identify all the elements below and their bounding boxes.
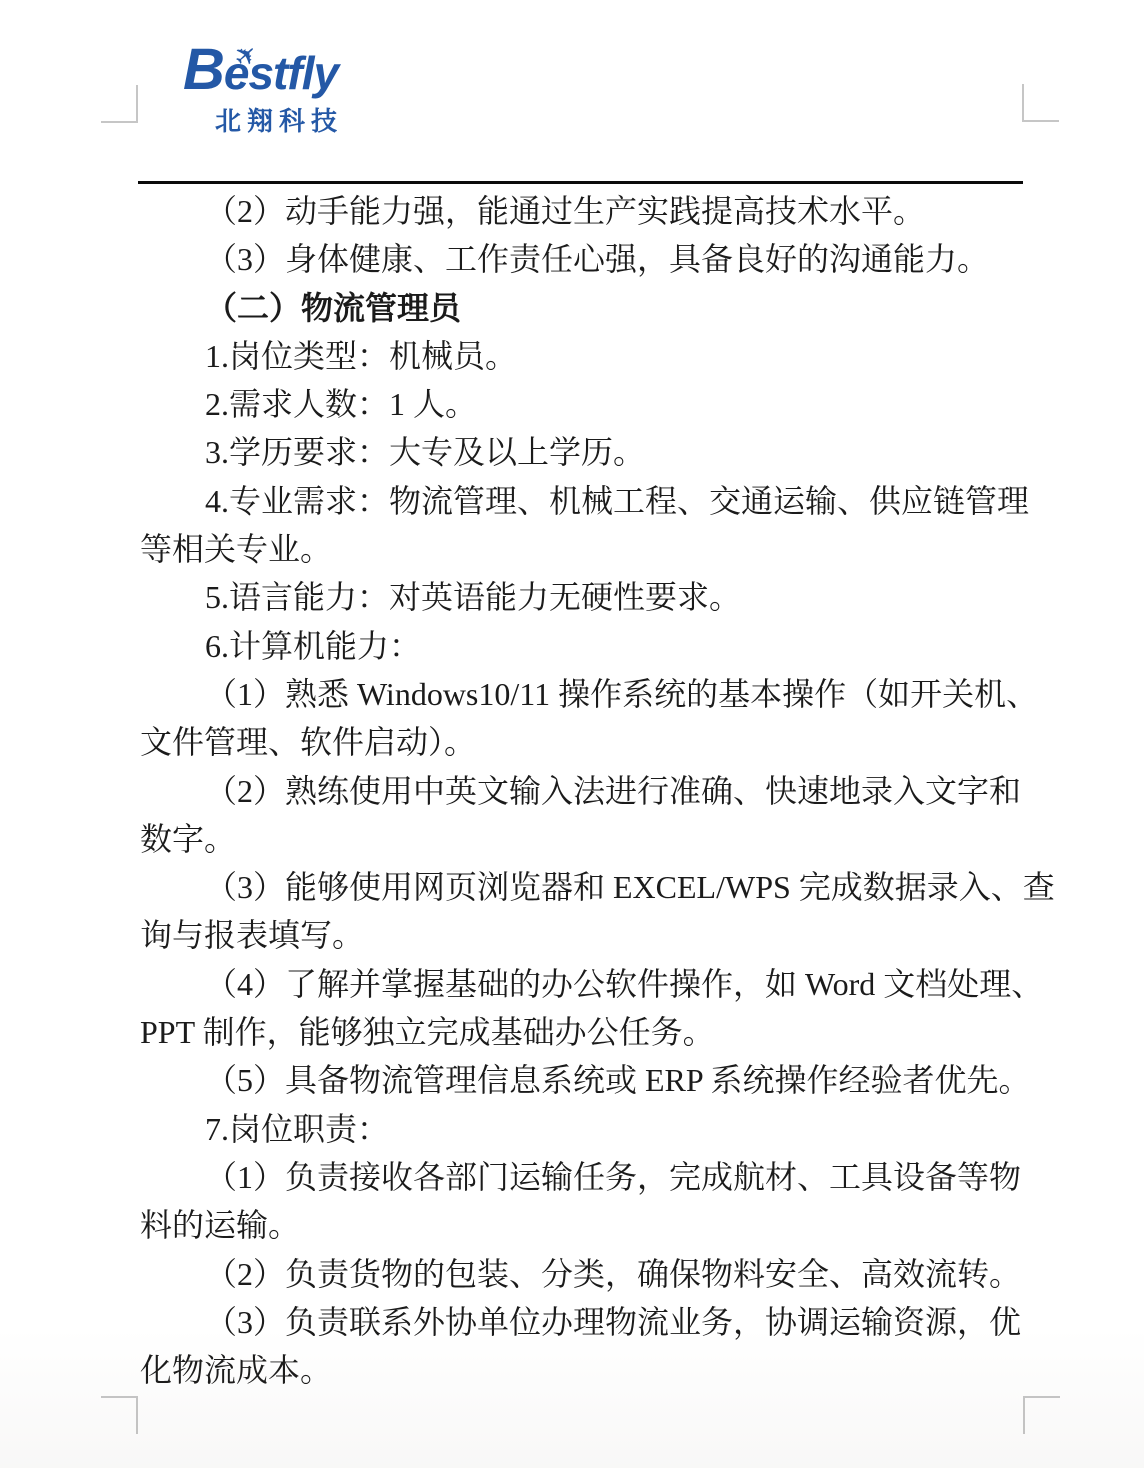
header-divider-line bbox=[138, 181, 1023, 184]
crop-mark-bottom-right-icon bbox=[1023, 1396, 1060, 1434]
text-line: 6.计算机能力： bbox=[140, 622, 1028, 670]
text-line: 料的运输。 bbox=[140, 1201, 1028, 1249]
crop-mark-bottom-left-icon bbox=[101, 1396, 138, 1434]
text-line: 询与报表填写。 bbox=[140, 911, 1028, 959]
logo-brand-chinese-text: 北翔科技 bbox=[215, 101, 343, 138]
text-line: 7.岗位职责： bbox=[140, 1105, 1028, 1153]
text-line: 3.学历要求：大专及以上学历。 bbox=[140, 428, 1028, 476]
text-line: （1）负责接收各部门运输任务，完成航材、工具设备等物 bbox=[140, 1153, 1028, 1201]
text-line: （3）身体健康、工作责任心强，具备良好的沟通能力。 bbox=[140, 235, 1028, 283]
text-line: （4）了解并掌握基础的办公软件操作，如 Word 文档处理、 bbox=[140, 960, 1028, 1008]
text-line: （3）能够使用网页浏览器和 EXCEL/WPS 完成数据录入、查 bbox=[140, 863, 1028, 911]
logo-brand-text: Bestfly ✈ bbox=[183, 42, 343, 101]
text-line: 2.需求人数：1 人。 bbox=[140, 380, 1028, 428]
document-page: { "logo": { "brand": "Bestfly", "brand_c… bbox=[0, 0, 1144, 1468]
text-line: 等相关专业。 bbox=[140, 525, 1028, 573]
text-line: （5）具备物流管理信息系统或 ERP 系统操作经验者优先。 bbox=[140, 1056, 1028, 1104]
text-line: （2）动手能力强，能通过生产实践提高技术水平。 bbox=[140, 187, 1028, 235]
text-line: （二）物流管理员 bbox=[140, 284, 1028, 332]
text-line: （1）熟悉 Windows10/11 操作系统的基本操作（如开关机、 bbox=[140, 670, 1028, 718]
text-line: 1.岗位类型：机械员。 bbox=[140, 332, 1028, 380]
text-line: （3）负责联系外协单位办理物流业务，协调运输资源，优 bbox=[140, 1298, 1028, 1346]
text-line: 化物流成本。 bbox=[140, 1346, 1028, 1394]
crop-mark-top-right-icon bbox=[1022, 84, 1059, 122]
text-line: 数字。 bbox=[140, 815, 1028, 863]
text-line: （2）熟练使用中英文输入法进行准确、快速地录入文字和 bbox=[140, 767, 1028, 815]
company-logo: Bestfly ✈ 北翔科技 bbox=[183, 42, 343, 138]
document-body: （2）动手能力强，能通过生产实践提高技术水平。（3）身体健康、工作责任心强，具备… bbox=[140, 187, 1028, 1394]
text-line: PPT 制作，能够独立完成基础办公任务。 bbox=[140, 1008, 1028, 1056]
text-line: 文件管理、软件启动）。 bbox=[140, 718, 1028, 766]
text-line: （2）负责货物的包装、分类，确保物料安全、高效流转。 bbox=[140, 1250, 1028, 1298]
crop-mark-top-left-icon bbox=[101, 85, 138, 123]
text-line: 4.专业需求：物流管理、机械工程、交通运输、供应链管理 bbox=[140, 477, 1028, 525]
text-line: 5.语言能力：对英语能力无硬性要求。 bbox=[140, 573, 1028, 621]
